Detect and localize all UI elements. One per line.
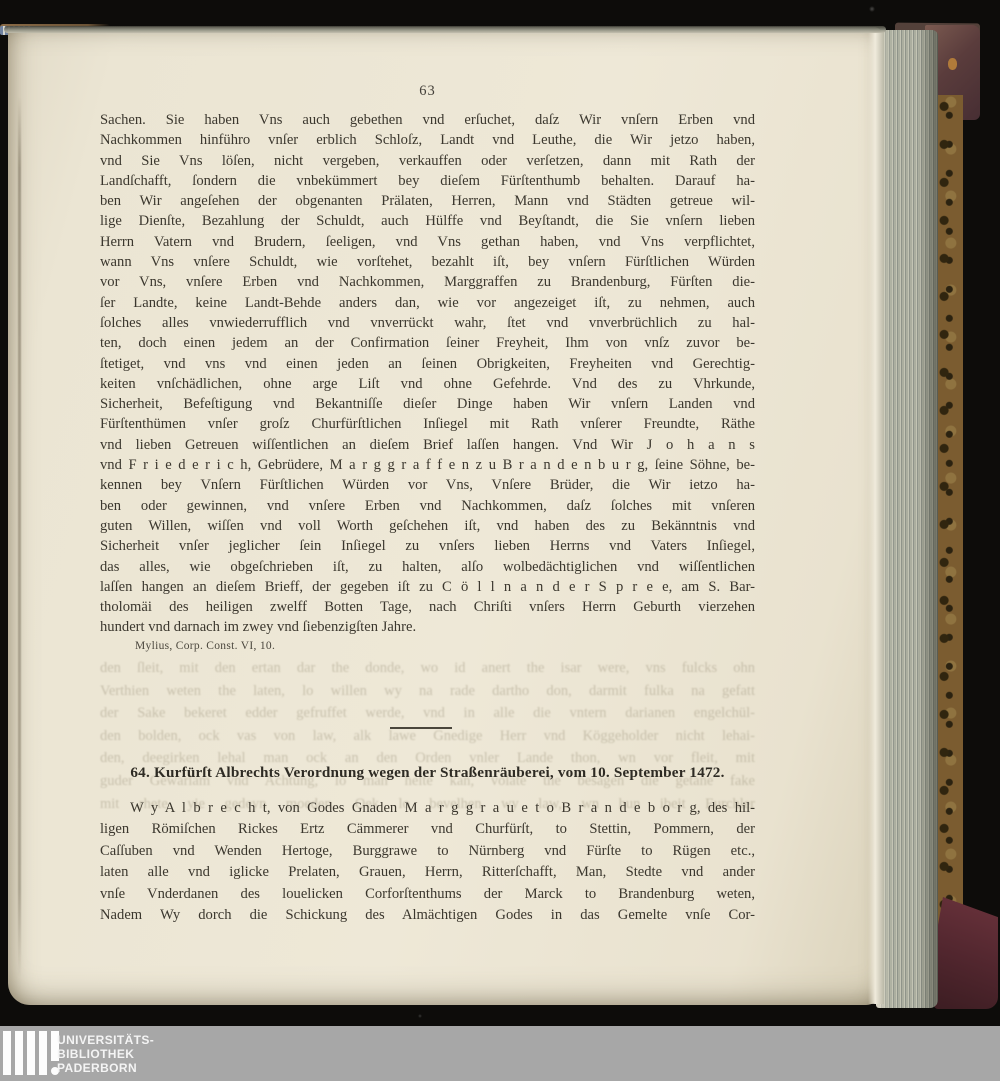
page-edge-highlight xyxy=(868,32,884,1004)
library-name: UNIVERSITÄTS- BIBLIOTHEK PADERBORN xyxy=(57,1033,154,1075)
text-line: Fürſtenthümen vnſer groſz Churfürſtliche… xyxy=(100,414,755,434)
text-line: vnd F r i e d e r i c h, Gebrüdere, M a … xyxy=(100,455,755,475)
text-line: guten Willen, wiſſen vnd voll Worth geſc… xyxy=(100,516,755,536)
library-name-line-1: UNIVERSITÄTS- xyxy=(57,1033,154,1047)
book-page: den ſleit, mit den ertan dar the donde, … xyxy=(8,27,882,1005)
text-line: vnd lieben Getreuen wiſſentlichen an die… xyxy=(100,435,755,455)
marbled-cover-edge xyxy=(936,95,963,953)
footer-band: UNIVERSITÄTS- BIBLIOTHEK PADERBORN xyxy=(0,1026,1000,1081)
text-line: ben oder gewinnen, vnd vnſere Erben vnd … xyxy=(100,496,755,516)
text-line: ſer Landte, keine Landt-Behde anders dan… xyxy=(100,293,755,313)
text-line: Sachen. Sie haben Vns auch gebethen vnd … xyxy=(100,110,755,130)
text-line: Sicherheit vnſer jeglicher ſein Inſiegel… xyxy=(100,536,755,556)
text-line: ten, doch einen jedem an der Confirmatio… xyxy=(100,333,755,353)
text-line: Nachkommen hinführo vnſer erblich Schloſ… xyxy=(100,130,755,150)
text-line: hundert vnd darnach im zwey vnd ſiebenzi… xyxy=(100,617,755,637)
text-line: kennen bey Vnſern Fürſtlichen Würden vor… xyxy=(100,475,755,495)
section-heading: 64. Kurfürſt Albrechts Verordnung wegen … xyxy=(100,764,755,782)
text-line: ſolches alles vnwiederrufflich vnd vnver… xyxy=(100,313,755,333)
text-line: den ſleit, mit den ertan dar the donde, … xyxy=(100,657,755,680)
text-line: Herrn Vatern vnd Brudern, ſeeligen, vnd … xyxy=(100,232,755,252)
text-line: laſſen hangen an dieſem Brieff, der gege… xyxy=(100,577,755,597)
text-line: W y A l b r e c h t, von Godes Gnaden M … xyxy=(100,798,755,819)
text-line: vnſe Vnderdanen des louelicken Corforſte… xyxy=(100,884,755,905)
library-logo xyxy=(3,1031,59,1075)
text-line: ligen Römiſchen Rickes Ertz Cämmerer vnd… xyxy=(100,819,755,840)
text-line: lige Dienſte, Bezahlung der Schuldt, auc… xyxy=(100,211,755,231)
text-line: ben Wir angeſehen der obgenanten Prälate… xyxy=(100,191,755,211)
text-line: Sicherheit, Befeſtigung vnd Bekantniſſe … xyxy=(100,394,755,414)
text-line: ſtetiget, vnd vns vnd einen jeden an ſei… xyxy=(100,354,755,374)
text-line: laten alle vnd iglicke Prelaten, Grauen,… xyxy=(100,862,755,883)
text-line: der Sake bekeret edder gefruffet werde, … xyxy=(100,702,755,725)
logo-bar xyxy=(15,1031,23,1075)
top-page-edge xyxy=(4,26,886,33)
section-divider xyxy=(390,727,452,729)
text-line: keiten vnſchädlichen, ohne arge Liſt vnd… xyxy=(100,374,755,394)
paragraph-1: Sachen. Sie haben Vns auch gebethen vnd … xyxy=(100,110,755,638)
book-scan-viewer: den ſleit, mit den ertan dar the donde, … xyxy=(0,0,1000,1081)
page-block-fore-edge xyxy=(876,30,938,1008)
text-line: das alles, wie obgeſchrieben iſt, zu hal… xyxy=(100,557,755,577)
text-line: tholomäi des heiligen zwelff Botten Tage… xyxy=(100,597,755,617)
corner-fleck xyxy=(948,58,957,70)
text-line: Nadem Wy dorch die Schickung des Almächt… xyxy=(100,905,755,926)
gutter-crease xyxy=(18,97,21,977)
text-line: vor Vns, vnſere Erben vnd Nachkommen, Ma… xyxy=(100,272,755,292)
logo-bar xyxy=(27,1031,35,1075)
text-line: Landſchafft, ſondern die vnbekümmert bey… xyxy=(100,171,755,191)
library-name-line-3: PADERBORN xyxy=(57,1061,154,1075)
cover-edge-bottom-right xyxy=(934,897,998,1009)
library-name-line-2: BIBLIOTHEK xyxy=(57,1047,154,1061)
text-line: wann Vns vnſere Schuldt, wie vorſtehet, … xyxy=(100,252,755,272)
source-citation: Mylius, Corp. Const. VI, 10. xyxy=(135,640,535,652)
text-line: Verthien weten the laten, lo willen wy n… xyxy=(100,680,755,703)
page-number: 63 xyxy=(100,83,755,100)
logo-bar xyxy=(3,1031,11,1075)
text-line: Caſſuben vnd Wenden Hertoge, Burggrawe t… xyxy=(100,841,755,862)
paragraph-2: W y A l b r e c h t, von Godes Gnaden M … xyxy=(100,798,755,926)
text-line: vnd Sie Vns löſen, nicht vergeben, verka… xyxy=(100,151,755,171)
show-through-text: den ſleit, mit den ertan dar the donde, … xyxy=(100,657,755,815)
logo-bar xyxy=(39,1031,47,1075)
